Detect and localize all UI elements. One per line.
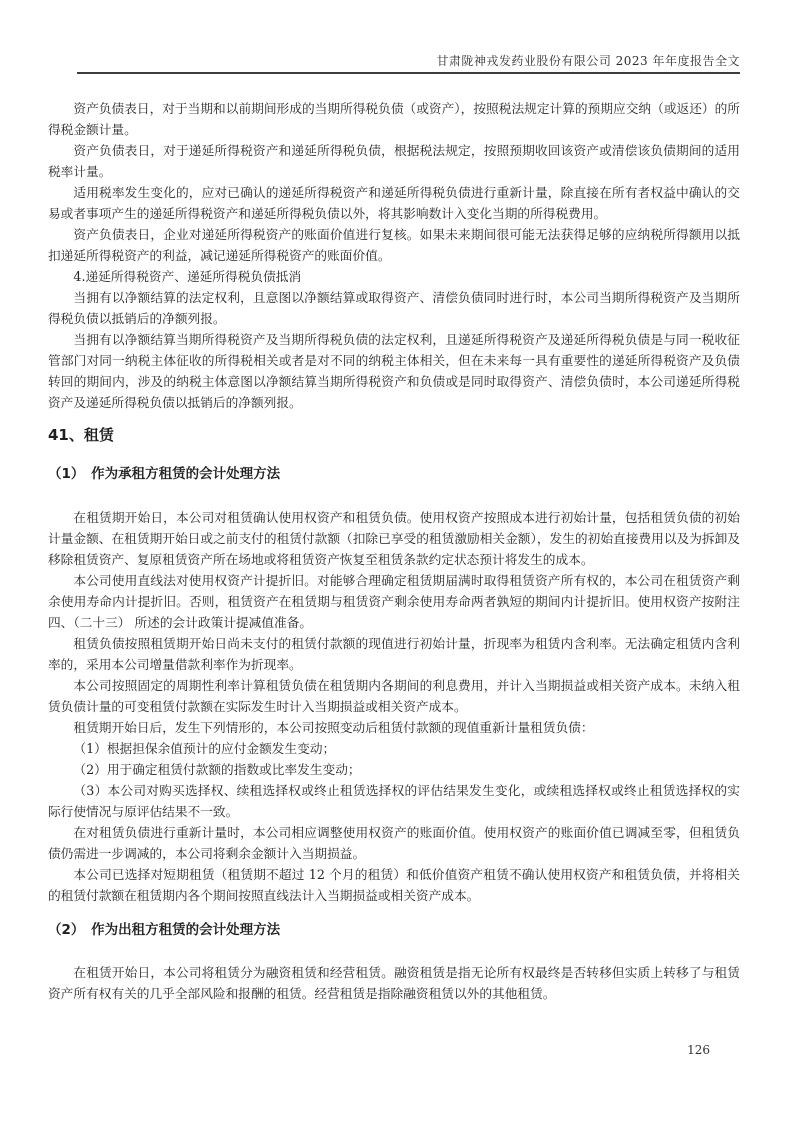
paragraph: 租赁期开始日后，发生下列情形的，本公司按照变动后租赁付款额的现值重新计量租赁负债… xyxy=(48,717,740,738)
section-41-heading: 41、租赁 xyxy=(48,425,740,445)
paragraph: 当拥有以净额结算当期所得税资产及当期所得税负债的法定权利，且递延所得税资产及递延… xyxy=(48,329,740,413)
paragraph: 资产负债表日，企业对递延所得税资产的账面价值进行复核。如果未来期间很可能无法获得… xyxy=(48,224,740,266)
page-number: 126 xyxy=(687,1042,710,1058)
paragraph: 4.递延所得税资产、递延所得税负债抵消 xyxy=(48,266,740,287)
intro-paragraphs: 资产负债表日，对于当期和以前期间形成的当期所得税负债（或资产），按照税法规定计算… xyxy=(48,98,740,413)
paragraph: （1）根据担保余值预计的应付金额发生变动； xyxy=(48,738,740,759)
paragraph: 适用税率发生变化的，应对已确认的递延所得税资产和递延所得税负债进行重新计量，除直… xyxy=(48,182,740,224)
paragraph: 资产负债表日，对于当期和以前期间形成的当期所得税负债（或资产），按照税法规定计算… xyxy=(48,98,740,140)
page-header-title: 甘肃陇神戎发药业股份有限公司 2023 年年度报告全文 xyxy=(48,0,740,68)
paragraph: （2）用于确定租赁付款额的指数或比率发生变动； xyxy=(48,759,740,780)
paragraph: 在对租赁负债进行重新计量时，本公司相应调整使用权资产的账面价值。使用权资产的账面… xyxy=(48,822,740,864)
subsection-1-paragraphs: 在租赁期开始日，本公司对租赁确认使用权资产和租赁负债。使用权资产按照成本进行初始… xyxy=(48,507,740,906)
subsection-2-paragraphs: 在租赁开始日，本公司将租赁分为融资租赁和经营租赁。融资租赁是指无论所有权最终是否… xyxy=(48,962,740,1004)
paragraph: 当拥有以净额结算的法定权利，且意图以净额结算或取得资产、清偿负债同时进行时，本公… xyxy=(48,287,740,329)
paragraph: 在租赁开始日，本公司将租赁分为融资租赁和经营租赁。融资租赁是指无论所有权最终是否… xyxy=(48,962,740,1004)
paragraph: 本公司按照固定的周期性利率计算租赁负债在租赁期内各期间的利息费用，并计入当期损益… xyxy=(48,675,740,717)
document-body: 资产负债表日，对于当期和以前期间形成的当期所得税负债（或资产），按照税法规定计算… xyxy=(48,74,740,1004)
paragraph: （3）本公司对购买选择权、续租选择权或终止租赁选择权的评估结果发生变化，或续租选… xyxy=(48,780,740,822)
report-page: 甘肃陇神戎发药业股份有限公司 2023 年年度报告全文 资产负债表日，对于当期和… xyxy=(0,0,793,1122)
subsection-1-heading: （1） 作为承租方租赁的会计处理方法 xyxy=(48,465,740,483)
subsection-2-heading: （2） 作为出租方租赁的会计处理方法 xyxy=(48,921,740,939)
paragraph: 租赁负债按照租赁期开始日尚未支付的租赁付款额的现值进行初始计量，折现率为租赁内含… xyxy=(48,633,740,675)
paragraph: 本公司使用直线法对使用权资产计提折旧。对能够合理确定租赁期届满时取得租赁资产所有… xyxy=(48,570,740,633)
paragraph: 本公司已选择对短期租赁（租赁期不超过 12 个月的租赁）和低价值资产租赁不确认使… xyxy=(48,864,740,906)
paragraph: 在租赁期开始日，本公司对租赁确认使用权资产和租赁负债。使用权资产按照成本进行初始… xyxy=(48,507,740,570)
paragraph: 资产负债表日，对于递延所得税资产和递延所得税负债，根据税法规定，按照预期收回该资… xyxy=(48,140,740,182)
